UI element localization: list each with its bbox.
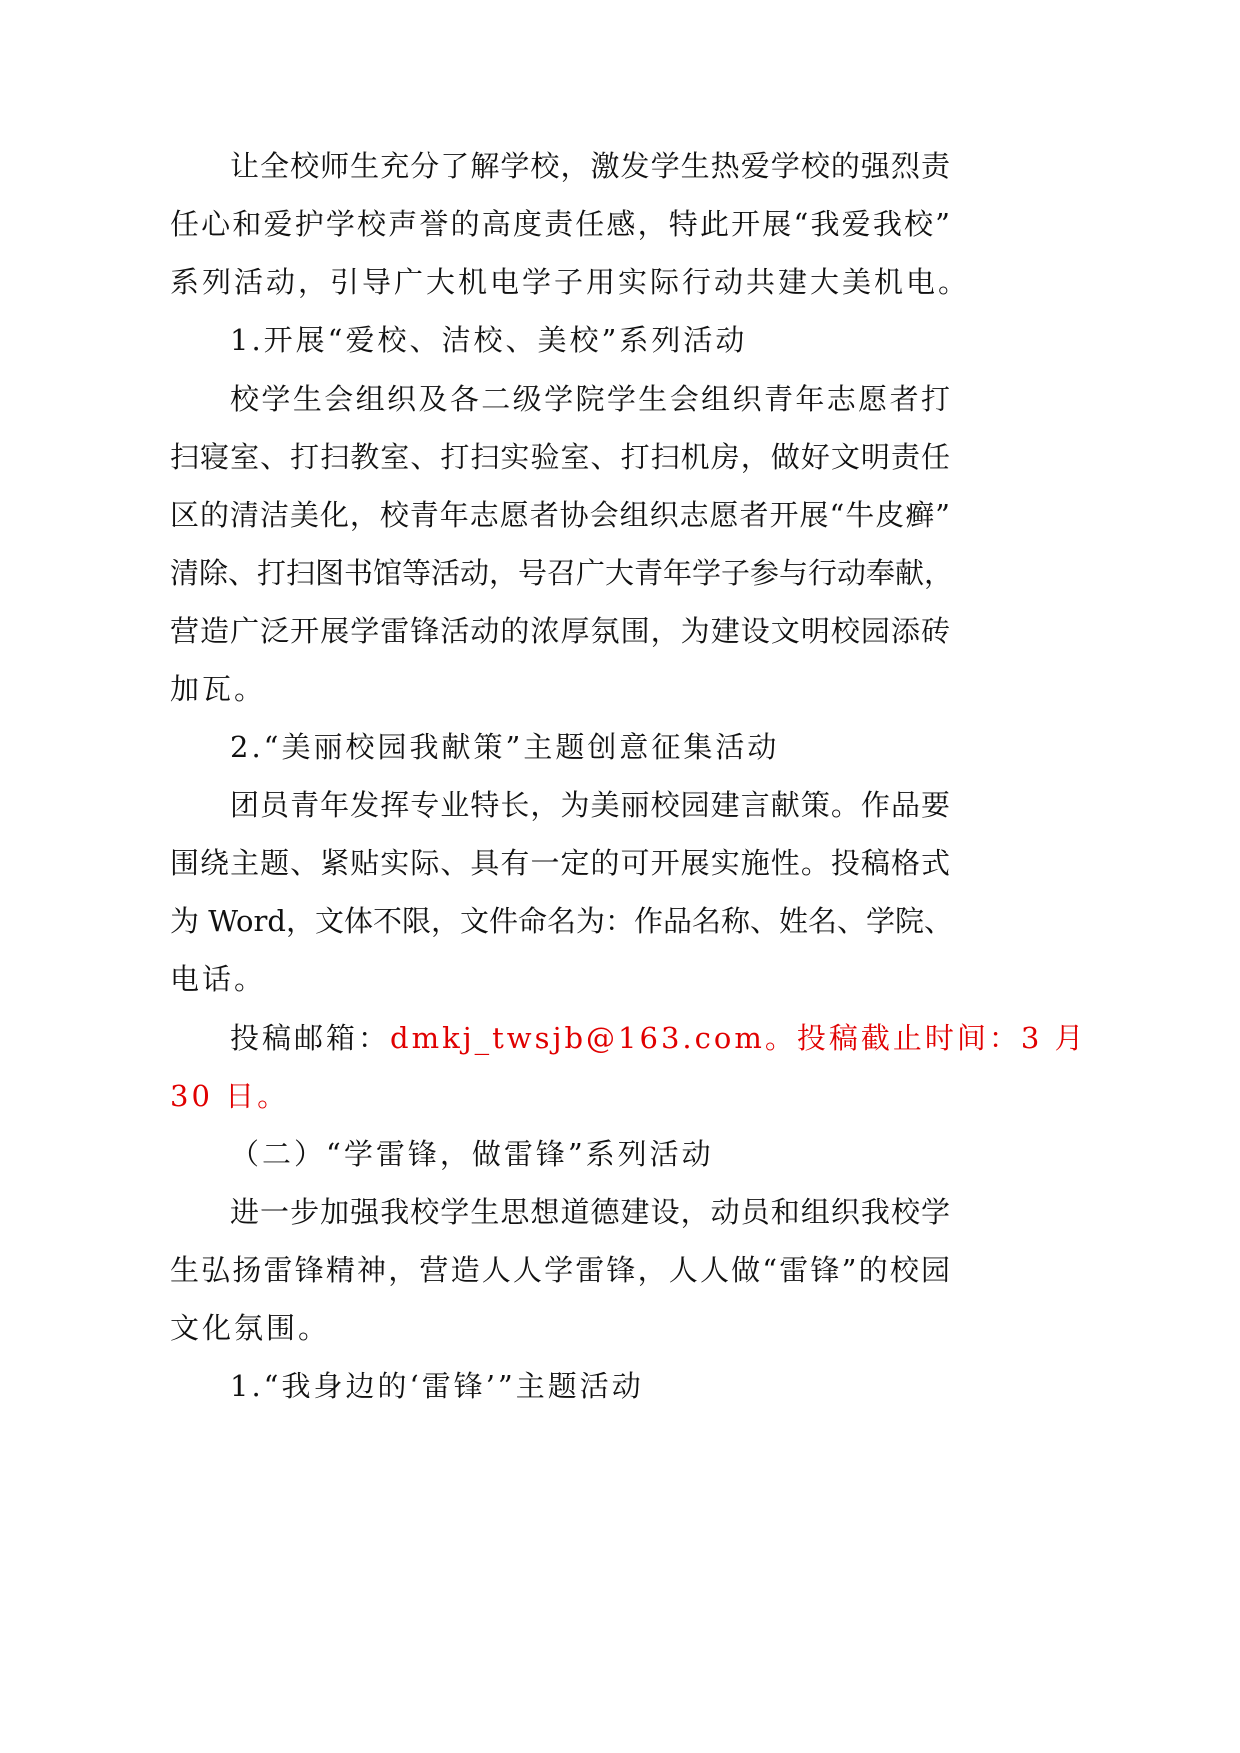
deadline-date-line: 30 日。 — [170, 1067, 950, 1125]
email-address: dmkj_twsjb@163.com — [390, 1021, 765, 1055]
paragraph-line: 校学生会组织及各二级学院学生会组织青年志愿者打 — [230, 370, 950, 428]
paragraph-line: 加瓦。 — [170, 660, 950, 718]
paragraph-line: 系列活动，引导广大机电学子用实际行动共建大美机电。 — [170, 253, 950, 311]
paragraph-line: 营造广泛开展学雷锋活动的浓厚氛围，为建设文明校园添砖 — [170, 602, 950, 660]
section-heading: （二）“学雷锋，做雷锋”系列活动 — [230, 1125, 950, 1183]
document-page: 让全校师生充分了解学校，激发学生热爱学校的强烈责任心和爱护学校声誉的高度责任感，… — [0, 0, 1240, 1753]
section-heading: 1.“我身边的‘雷锋’”主题活动 — [230, 1357, 950, 1415]
paragraph-line: 生弘扬雷锋精神，营造人人学雷锋，人人做“雷锋”的校园 — [170, 1241, 950, 1299]
paragraph-line: 进一步加强我校学生思想道德建设，动员和组织我校学 — [230, 1183, 950, 1241]
paragraph-line: 让全校师生充分了解学校，激发学生热爱学校的强烈责 — [230, 137, 950, 195]
section-heading: 2.“美丽校园我献策”主题创意征集活动 — [230, 718, 950, 776]
paragraph-line: 围绕主题、紧贴实际、具有一定的可开展实施性。投稿格式 — [170, 834, 950, 892]
paragraph-line: 为 Word，文体不限，文件命名为：作品名称、姓名、学院、 — [170, 892, 950, 950]
section-heading: 1.开展“爱校、洁校、美校”系列活动 — [230, 311, 950, 369]
paragraph-line: 文化氛围。 — [170, 1299, 950, 1357]
submission-email-line: 投稿邮箱：dmkj_twsjb@163.com。投稿截止时间：3 月 — [230, 1009, 950, 1067]
paragraph-line: 清除、打扫图书馆等活动，号召广大青年学子参与行动奉献， — [170, 544, 950, 602]
paragraph-line: 电话。 — [170, 950, 950, 1008]
paragraph-line: 区的清洁美化，校青年志愿者协会组织志愿者开展“牛皮癣” — [170, 486, 950, 544]
deadline-text: 。投稿截止时间：3 月 — [765, 1021, 1087, 1055]
email-label: 投稿邮箱： — [230, 1021, 390, 1055]
paragraph-line: 团员青年发挥专业特长，为美丽校园建言献策。作品要 — [230, 776, 950, 834]
paragraph-line: 任心和爱护学校声誉的高度责任感，特此开展“我爱我校” — [170, 195, 950, 253]
paragraph-line: 扫寝室、打扫教室、打扫实验室、打扫机房，做好文明责任 — [170, 428, 950, 486]
